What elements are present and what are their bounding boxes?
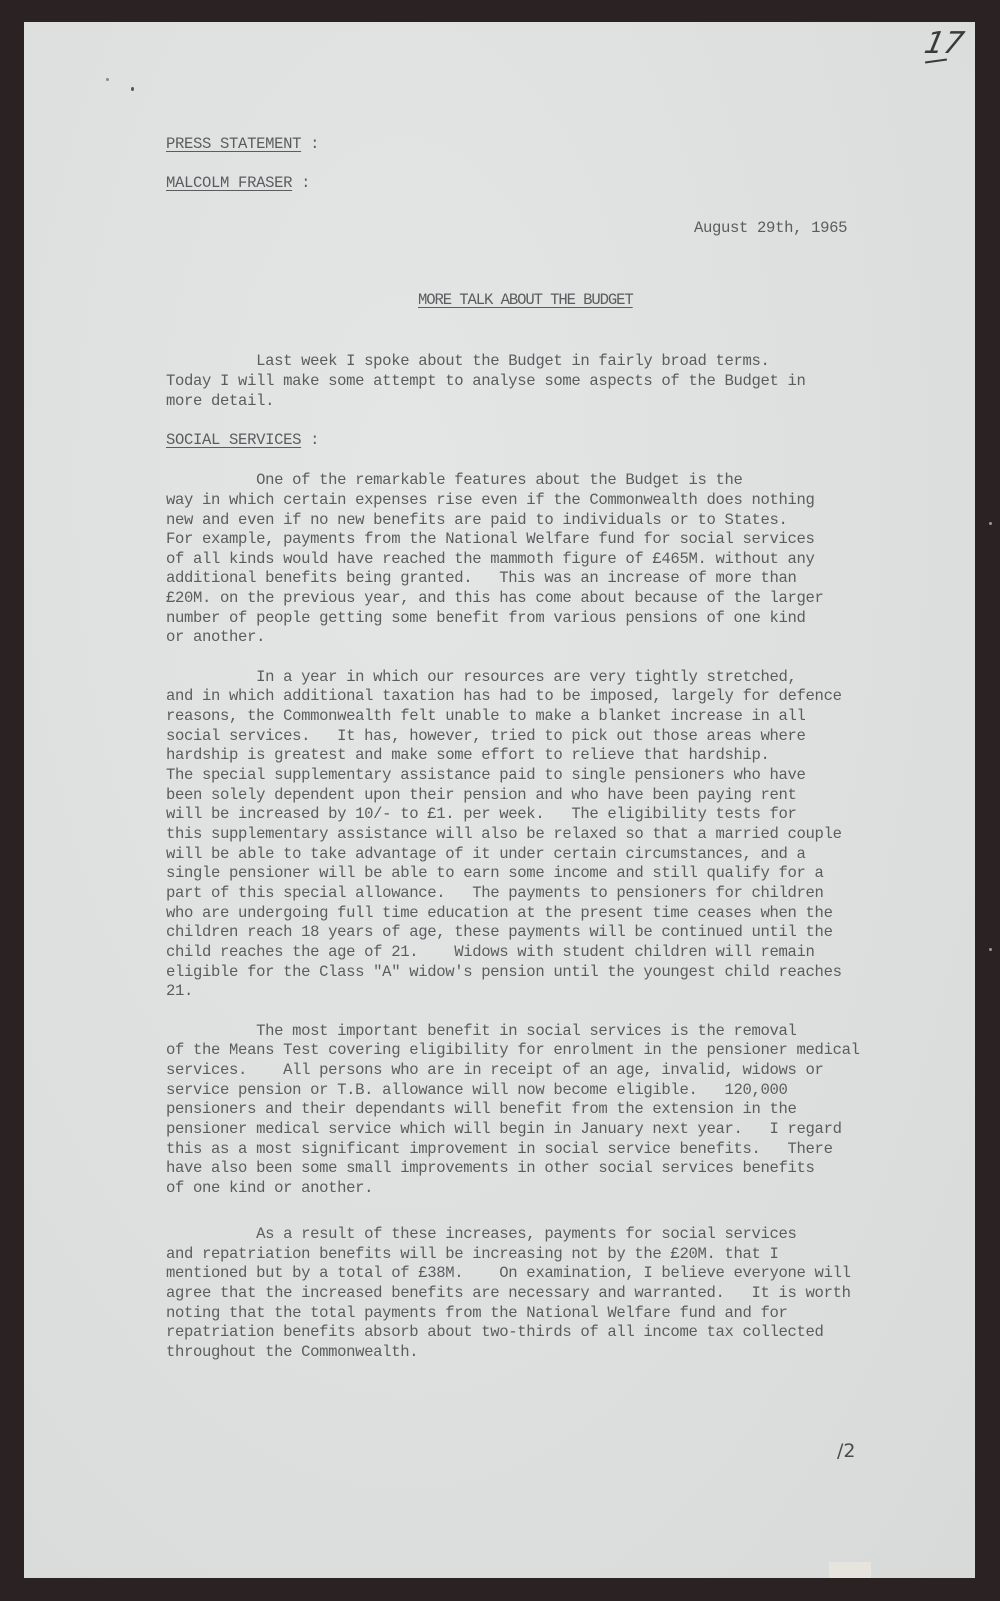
text-line: Today I will make some attempt to analys… — [166, 372, 806, 392]
author-label: MALCOLM FRASER : — [166, 174, 310, 194]
text-line: Last week I spoke about the Budget in fa… — [166, 352, 770, 372]
text-line: and repatriation benefits will be increa… — [166, 1245, 779, 1265]
text-line: will be increased by 10/- to £1. per wee… — [166, 805, 797, 825]
date: August 29th, 1965 — [694, 219, 847, 239]
text-line: this supplementary assistance will also … — [166, 825, 842, 845]
text-line: £20M. on the previous year, and this has… — [166, 589, 824, 609]
paper-speck — [106, 78, 109, 81]
section-heading-text: SOCIAL SERVICES — [166, 431, 301, 449]
label-colon: : — [292, 174, 310, 192]
text-line: service pension or T.B. allowance will n… — [166, 1081, 788, 1101]
text-line: children reach 18 years of age, these pa… — [166, 923, 833, 943]
text-line: been solely dependent upon their pension… — [166, 786, 797, 806]
text-line: of all kinds would have reached the mamm… — [166, 550, 815, 570]
text-line: have also been some small improvements i… — [166, 1159, 815, 1179]
text-line: of one kind or another. — [166, 1179, 373, 1199]
text-line: As a result of these increases, payments… — [166, 1225, 797, 1245]
text-line: new and even if no new benefits are paid… — [166, 511, 788, 531]
text-line: pensioner medical service which will beg… — [166, 1120, 842, 1140]
handwritten-page-number: 17 — [921, 26, 967, 61]
text-line: The most important benefit in social ser… — [166, 1022, 797, 1042]
text-line: way in which certain expenses rise even … — [166, 491, 815, 511]
text-line: For example, payments from the National … — [166, 530, 815, 550]
paper-speck — [989, 948, 992, 951]
text-line: and in which additional taxation has had… — [166, 687, 842, 707]
text-line: number of people getting some benefit fr… — [166, 609, 806, 629]
text-line: single pensioner will be able to earn so… — [166, 864, 824, 884]
author-name: MALCOLM FRASER — [166, 174, 292, 192]
text-line: who are undergoing full time education a… — [166, 904, 833, 924]
text-line: eligible for the Class "A" widow's pensi… — [166, 963, 842, 983]
text-line: The special supplementary assistance pai… — [166, 766, 806, 786]
press-statement-label: PRESS STATEMENT : — [166, 135, 319, 155]
tape-mark — [829, 1562, 871, 1578]
text-line: throughout the Commonwealth. — [166, 1343, 418, 1363]
text-line: more detail. — [166, 392, 274, 412]
document-title: MORE TALK ABOUT THE BUDGET — [418, 291, 633, 311]
text-line: noting that the total payments from the … — [166, 1304, 788, 1324]
text-line: social services. It has, however, tried … — [166, 727, 806, 747]
continuation-mark: /2 — [837, 1440, 856, 1462]
press-statement-text: PRESS STATEMENT — [166, 135, 301, 153]
text-line: reasons, the Commonwealth felt unable to… — [166, 707, 806, 727]
text-line: mentioned but by a total of £38M. On exa… — [166, 1264, 851, 1284]
paper-speck — [131, 87, 134, 91]
text-line: 21. — [166, 982, 193, 1002]
text-line: will be able to take advantage of it und… — [166, 845, 806, 865]
text-line: One of the remarkable features about the… — [166, 471, 743, 491]
text-line: repatriation benefits absorb about two-t… — [166, 1323, 824, 1343]
section-heading: SOCIAL SERVICES : — [166, 431, 319, 451]
label-colon: : — [301, 431, 319, 449]
text-line: part of this special allowance. The paym… — [166, 884, 824, 904]
text-line: of the Means Test covering eligibility f… — [166, 1041, 860, 1061]
text-line: this as a most significant improvement i… — [166, 1140, 833, 1160]
text-line: child reaches the age of 21. Widows with… — [166, 943, 815, 963]
text-line: services. All persons who are in receipt… — [166, 1061, 824, 1081]
text-line: pensioners and their dependants will ben… — [166, 1100, 797, 1120]
text-line: In a year in which our resources are ver… — [166, 668, 797, 688]
text-line: or another. — [166, 628, 265, 648]
text-line: agree that the increased benefits are ne… — [166, 1284, 851, 1304]
paper-speck — [989, 522, 992, 525]
text-line: hardship is greatest and make some effor… — [166, 746, 770, 766]
text-line: additional benefits being granted. This … — [166, 569, 797, 589]
label-colon: : — [301, 135, 319, 153]
